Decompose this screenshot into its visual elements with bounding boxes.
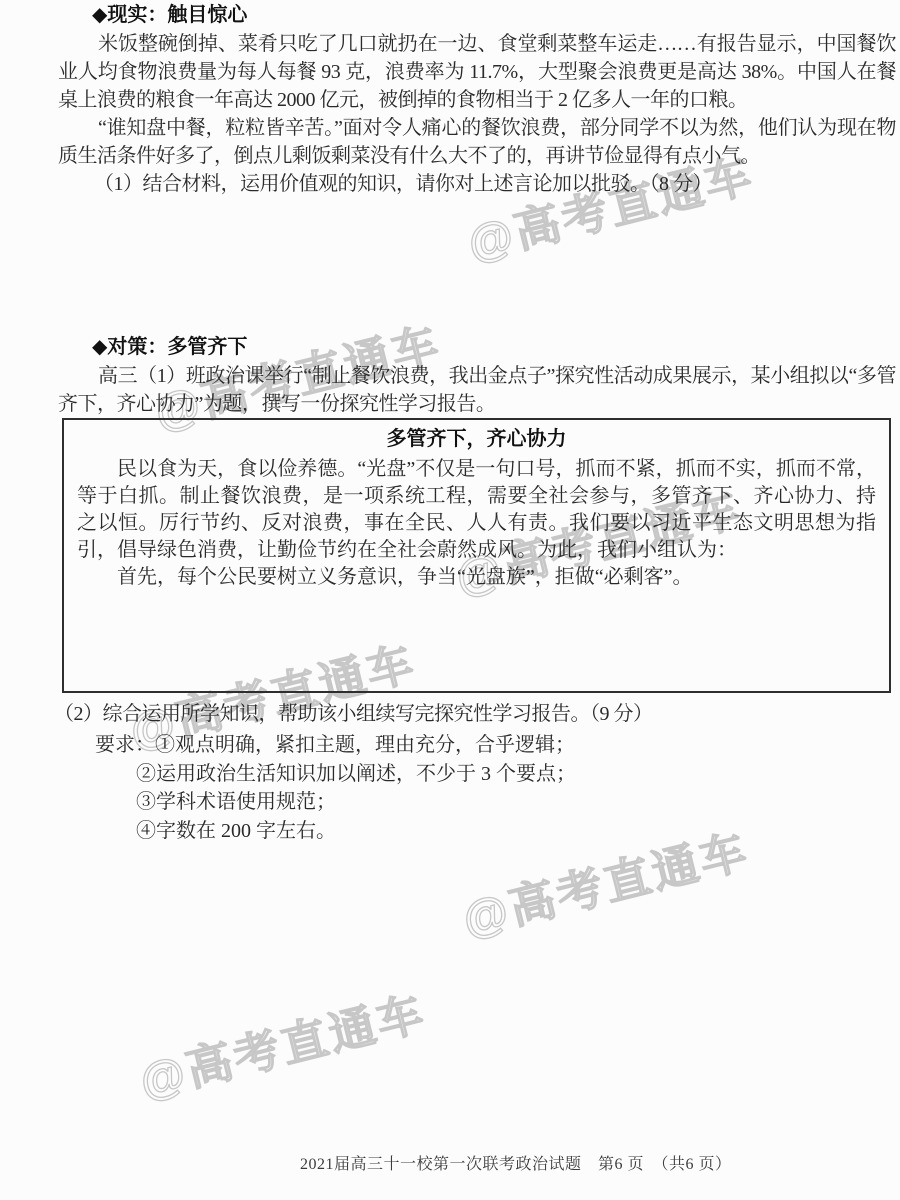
page-footer: 2021届高三十一校第一次联考政治试题 第6 页 （共6 页）	[300, 1155, 732, 1175]
section-heading-strategy: ◆对策：多管齐下	[92, 334, 247, 360]
requirement-item-1: 要求：①观点明确，紧扣主题，理由充分，合乎逻辑；	[58, 731, 896, 760]
question-2: （2）综合运用所学知识，帮助该小组续写完探究性学习报告。（9 分）	[54, 700, 896, 728]
requirement-item-4: ④字数在 200 字左右。	[58, 817, 896, 846]
paragraph-activity-intro: 高三（1）班政治课举行“制止餐饮浪费，我出金点子”探究性活动成果展示，某小组拟以…	[58, 362, 896, 418]
paragraph-student-opinion: “谁知盘中餐，粒粒皆辛苦。”面对令人痛心的餐饮浪费，部分同学不以为然，他们认为现…	[58, 114, 896, 170]
requirements-list: 要求：①观点明确，紧扣主题，理由充分，合乎逻辑； ②运用政治生活知识加以阐述，不…	[58, 731, 896, 845]
report-box: 多管齐下，齐心协力 民以食为天，食以俭养德。“光盘”不仅是一句口号，抓而不紧，抓…	[62, 418, 891, 693]
watermark-text: @高考直通车	[132, 977, 432, 1112]
question-1: （1）结合材料，运用价值观的知识，请你对上述言论加以批驳。（8 分）	[58, 170, 896, 198]
requirement-item-3: ③学科术语使用规范；	[58, 788, 896, 817]
report-body: 民以食为天，食以俭养德。“光盘”不仅是一句口号，抓而不紧，抓而不实，抓而不常，等…	[77, 456, 876, 564]
requirement-text: ①观点明确，紧扣主题，理由充分，合乎逻辑；	[155, 734, 575, 756]
section-heading-reality: ◆现实：触目惊心	[92, 2, 247, 28]
report-first-point: 首先，每个公民要树立义务意识，争当“光盘族”，拒做“必剩客”。	[77, 564, 876, 591]
paragraph-waste-statistics: 米饭整碗倒掉、菜肴只吃了几口就扔在一边、食堂剩菜整车运走……有报告显示，中国餐饮…	[58, 30, 896, 114]
report-title: 多管齐下，齐心协力	[77, 426, 876, 452]
requirement-item-2: ②运用政治生活知识加以阐述，不少于 3 个要点；	[58, 760, 896, 789]
exam-paper-page: @高考直通车 @高考直通车 @高考直通车 @高考直通车 @高考直通车 @高考直通…	[0, 0, 900, 1200]
requirements-label: 要求：	[95, 734, 155, 756]
